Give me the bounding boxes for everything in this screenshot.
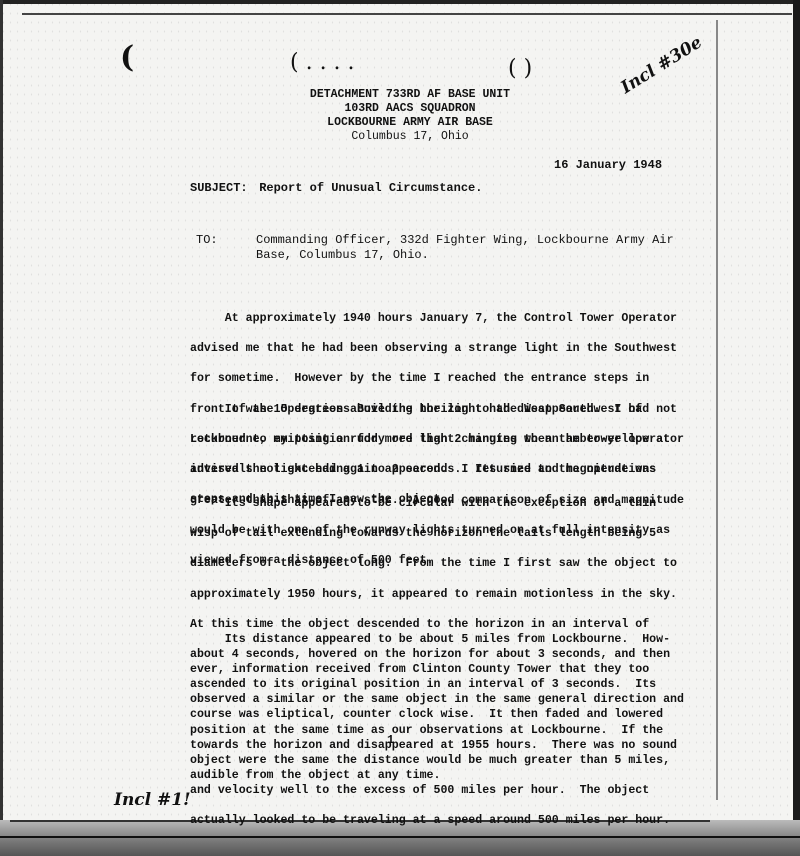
to-value-line: Commanding Officer, 332d Fighter Wing, L…: [256, 233, 676, 248]
letterhead-city: Columbus 17, Ohio: [290, 130, 530, 144]
to-value: Commanding Officer, 332d Fighter Wing, L…: [256, 233, 676, 263]
letterhead: DETACHMENT 733RD AF BASE UNIT 103RD AACS…: [290, 88, 530, 144]
scan-border-right: [793, 0, 800, 856]
subject-value: Report of Unusual Circumstance.: [259, 181, 482, 195]
page-edge-line: [22, 13, 792, 15]
to-value-line: Base, Columbus 17, Ohio.: [256, 248, 676, 263]
paragraph-distance-and-velocity: Its distance appeared to be about 5 mile…: [190, 617, 660, 843]
letterhead-squadron: 103RD AACS SQUADRON: [290, 102, 530, 116]
text-line: and velocity well to the excess of 500 m…: [190, 783, 660, 798]
letterhead-base: LOCKBOURNE ARMY AIR BASE: [290, 116, 530, 130]
text-line: wisp of tail extending towards the horiz…: [190, 526, 660, 541]
subject-line: SUBJECT: Report of Unusual Circumstance.: [190, 181, 482, 195]
text-line: position at the same time as our observa…: [190, 723, 660, 738]
text-line: object were the same the distance would …: [190, 753, 660, 768]
subject-label: SUBJECT:: [190, 181, 252, 195]
text-line: Lockbourne, emitting a ruddy red light c…: [190, 432, 660, 447]
text-line: for sometime. However by the time I reac…: [190, 371, 660, 386]
text-line: actually looked to be traveling at a spe…: [190, 813, 660, 828]
text-line: diameters of the object long. From the t…: [190, 556, 660, 571]
handwritten-inclosure-note: Incl #30e: [617, 32, 705, 98]
page-number: 1: [387, 733, 394, 747]
to-label: TO:: [196, 233, 218, 247]
handwritten-inclosure-marker: Incl #1!: [114, 790, 191, 810]
scan-border-left: [0, 0, 3, 856]
text-line: intervals not exceeding 1 to 2 seconds. …: [190, 462, 660, 477]
scan-border-top: [0, 0, 800, 4]
text-line: ever, information received from Clinton …: [190, 662, 660, 677]
page-fold-line: [716, 20, 718, 800]
text-line: advised me that he had been observing a …: [190, 341, 660, 356]
document-date: 16 January 1948: [554, 158, 662, 172]
text-line: Its shape appeared to be circular with t…: [190, 496, 660, 511]
punch-hole-mark: (: [120, 40, 134, 75]
header-stamp-mark-right: ( ): [508, 56, 532, 81]
text-line: approximately 1950 hours, it appeared to…: [190, 587, 660, 602]
text-line: It was 15 degrees above the horizon to t…: [190, 402, 660, 417]
text-line: observed a similar or the same object in…: [190, 692, 660, 707]
text-line: Its distance appeared to be about 5 mile…: [190, 632, 660, 647]
header-stamp-mark-left: ( . . . .: [290, 50, 355, 75]
letterhead-unit: DETACHMENT 733RD AF BASE UNIT: [290, 88, 530, 102]
text-line: At approximately 1940 hours January 7, t…: [190, 311, 660, 326]
